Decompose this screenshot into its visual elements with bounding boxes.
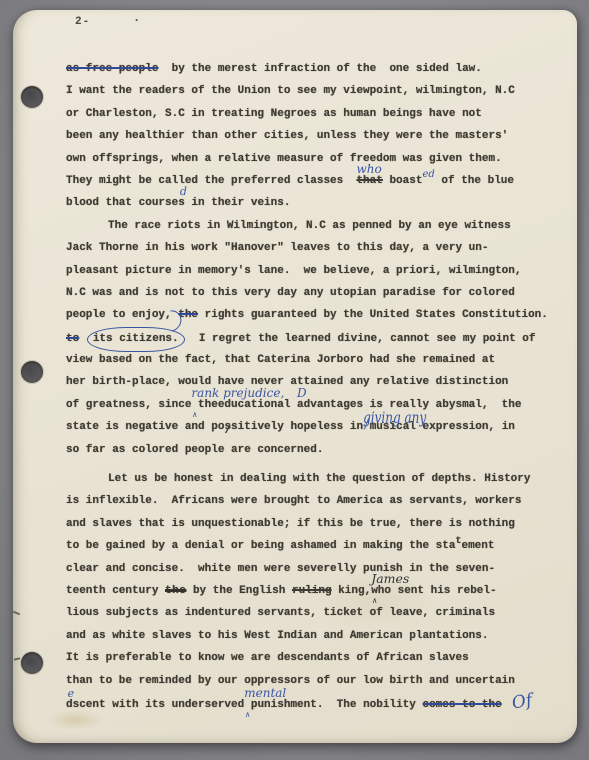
text-line: view based on the fact, that Caterina Jo… bbox=[66, 349, 566, 371]
typed-segment: /giving any bbox=[363, 412, 370, 442]
text-line: pleasant picture in memory's lane. we be… bbox=[66, 260, 566, 282]
text-line: I want the readers of the Union to see m… bbox=[66, 80, 566, 102]
handwritten-annotation: e bbox=[68, 688, 75, 700]
typed-segment: rights guaranteed by the United States C… bbox=[198, 309, 548, 321]
typed-segment: blood that courses bbox=[66, 197, 185, 209]
paragraph: Let us be honest in dealing with the que… bbox=[66, 468, 566, 714]
handwritten-annotation: mental bbox=[244, 687, 286, 699]
typed-segment: by the English bbox=[186, 585, 292, 597]
text-line: people to enjoy, the rights guaranteed b… bbox=[66, 304, 566, 326]
text-line: own offsprings, when a relative measure … bbox=[66, 148, 566, 170]
typed-segment: king, bbox=[332, 585, 372, 597]
text-line: is inflexible. Africans were brought to … bbox=[66, 490, 566, 512]
text-line: to be gained by a denial or being ashame… bbox=[66, 535, 566, 557]
typed-segment: than to be reminded by our oppressors of… bbox=[66, 675, 515, 687]
text-line: blood that coursesd in their veins. bbox=[66, 192, 566, 214]
scan-background: 2- . as free people by the merest infrac… bbox=[0, 0, 589, 760]
page-number: 2- bbox=[75, 15, 90, 29]
handwritten-annotation: James bbox=[371, 573, 409, 585]
struck-text: the bbox=[165, 585, 186, 597]
text-line: than to be reminded by our oppressors of… bbox=[66, 670, 566, 692]
edge-mark bbox=[14, 657, 20, 660]
typed-segment: clear and concise. white men were severe… bbox=[66, 563, 495, 575]
text-line: as free people by the merest infraction … bbox=[66, 58, 566, 80]
paragraph: as free people by the merest infraction … bbox=[66, 58, 566, 215]
text-line: state is negative and possitively hopele… bbox=[66, 416, 566, 438]
handwritten-annotation: d bbox=[180, 186, 187, 198]
text-line: The race riots in Wilmington, N.C as pen… bbox=[66, 215, 566, 237]
text-line: to its citizens. I regret the learned di… bbox=[66, 327, 566, 349]
typed-segment: s bbox=[224, 421, 231, 433]
handwritten-annotation: giving any bbox=[363, 410, 426, 426]
typed-segment: and as white slaves to his West Indian a… bbox=[66, 630, 488, 642]
typed-text: as free people by the merest infraction … bbox=[66, 58, 566, 714]
typed-segment: boast bbox=[383, 175, 423, 187]
typed-segment: her birth-place, would have never attain… bbox=[66, 376, 508, 388]
typed-segment: of the blue bbox=[435, 175, 514, 187]
text-line: They might be called the preferred class… bbox=[66, 170, 566, 192]
typed-segment: punishment. The nobility bbox=[244, 699, 422, 711]
typed-segment: teenth century bbox=[66, 585, 165, 597]
typed-segment: t bbox=[455, 536, 461, 547]
typed-segment: Let us be honest in dealing with the que… bbox=[108, 473, 530, 485]
typed-segment: view based on the fact, that Caterina Jo… bbox=[66, 354, 495, 366]
text-line: of greatness, sincerank prejudice,∧ thee… bbox=[66, 394, 566, 416]
typed-segment: to be gained by a denial or being ashame… bbox=[66, 540, 455, 552]
typed-segment: theeducational bbox=[191, 399, 297, 411]
struck-text: as free people bbox=[66, 63, 158, 75]
struck-text: to bbox=[66, 333, 79, 345]
typed-segment: by the merest infraction of the one side… bbox=[158, 63, 481, 75]
typed-segment: d bbox=[66, 699, 73, 711]
handwritten-annotation: rank prejudice, bbox=[191, 387, 284, 399]
typed-segment: been any healthier than other cities, un… bbox=[66, 130, 508, 142]
typed-segment: N.C was and is not to this very day any … bbox=[66, 287, 515, 299]
text-line: teenth century the by the English ruling… bbox=[66, 580, 566, 602]
handwritten-annotation: D bbox=[297, 387, 307, 399]
stray-ink-dot: . bbox=[133, 11, 140, 25]
typed-segment: sitively hopeless in bbox=[231, 421, 363, 433]
punch-hole-bottom bbox=[21, 652, 43, 674]
insertion-caret: ∧ bbox=[192, 412, 197, 420]
insertion-caret: ∧ bbox=[372, 598, 377, 606]
struck-text: comes to the bbox=[422, 699, 501, 711]
text-line: her birth-place, would have never attain… bbox=[66, 371, 566, 393]
edge-mark bbox=[13, 611, 20, 615]
typed-segment bbox=[79, 333, 86, 345]
typed-segment: pleasant picture in memory's lane. we be… bbox=[66, 265, 521, 277]
typed-segment: is inflexible. Africans were brought to … bbox=[66, 495, 521, 507]
text-line: Jack Thorne in his work "Hanover" leaves… bbox=[66, 237, 566, 259]
typed-segment: who sent his rebel- bbox=[371, 585, 496, 597]
struck-text: ruling bbox=[292, 585, 332, 597]
typed-segment: of greatness, since bbox=[66, 399, 191, 411]
typed-segment: They might be called the preferred class… bbox=[66, 175, 356, 187]
text-line: so far as colored people are concerned. bbox=[66, 439, 566, 461]
typed-segment: own offsprings, when a relative measure … bbox=[66, 153, 502, 165]
text-line: been any healthier than other cities, un… bbox=[66, 125, 566, 147]
circled-text: its citizens. bbox=[87, 327, 185, 352]
typed-segment: so far as colored people are concerned. bbox=[66, 444, 323, 456]
text-line: clear and concise. white men were severe… bbox=[66, 558, 566, 580]
typed-segment bbox=[502, 699, 509, 711]
typed-segment: It is preferable to know we are descenda… bbox=[66, 652, 469, 664]
punch-hole-middle bbox=[21, 361, 43, 383]
typed-segment: and slaves that is unquestionable; if th… bbox=[66, 518, 515, 530]
typed-segment: in their veins. bbox=[185, 197, 291, 209]
typed-segment: I want the readers of the Union to see m… bbox=[66, 85, 515, 97]
typed-segment: lious subjects as indentured servants, t… bbox=[66, 607, 495, 619]
typed-segment: Of bbox=[511, 690, 534, 713]
typed-segment: ed bbox=[422, 169, 434, 180]
text-line: It is preferable to know we are descenda… bbox=[66, 647, 566, 669]
typed-segment: The race riots in Wilmington, N.C as pen… bbox=[108, 220, 511, 232]
typed-segment: Jack Thorne in his work "Hanover" leaves… bbox=[66, 242, 488, 254]
text-line: lious subjects as indentured servants, t… bbox=[66, 602, 566, 624]
punch-hole-top bbox=[21, 86, 43, 108]
typed-segment: state is negative and po bbox=[66, 421, 224, 433]
text-line: Let us be honest in dealing with the que… bbox=[66, 468, 566, 490]
text-line: and as white slaves to his West Indian a… bbox=[66, 625, 566, 647]
struck-text: thatwho bbox=[356, 175, 382, 187]
paragraph: The race riots in Wilmington, N.C as pen… bbox=[66, 215, 566, 461]
text-line: or Charleston, S.C in treating Negroes a… bbox=[66, 103, 566, 125]
handwritten-annotation: who bbox=[356, 163, 381, 175]
insertion-caret: ∧ bbox=[245, 712, 250, 720]
document-page: 2- . as free people by the merest infrac… bbox=[13, 10, 577, 743]
typed-segment: I regret the learned divine, cannot see … bbox=[186, 333, 536, 345]
text-line: and slaves that is unquestionable; if th… bbox=[66, 513, 566, 535]
text-line: N.C was and is not to this very day any … bbox=[66, 282, 566, 304]
typed-segment: scent with its underserved bbox=[73, 699, 245, 711]
typed-segment: or Charleston, S.C in treating Negroes a… bbox=[66, 108, 482, 120]
typed-segment: ement bbox=[461, 540, 494, 552]
text-line: descent with its underservedmental∧ puni… bbox=[66, 692, 566, 714]
